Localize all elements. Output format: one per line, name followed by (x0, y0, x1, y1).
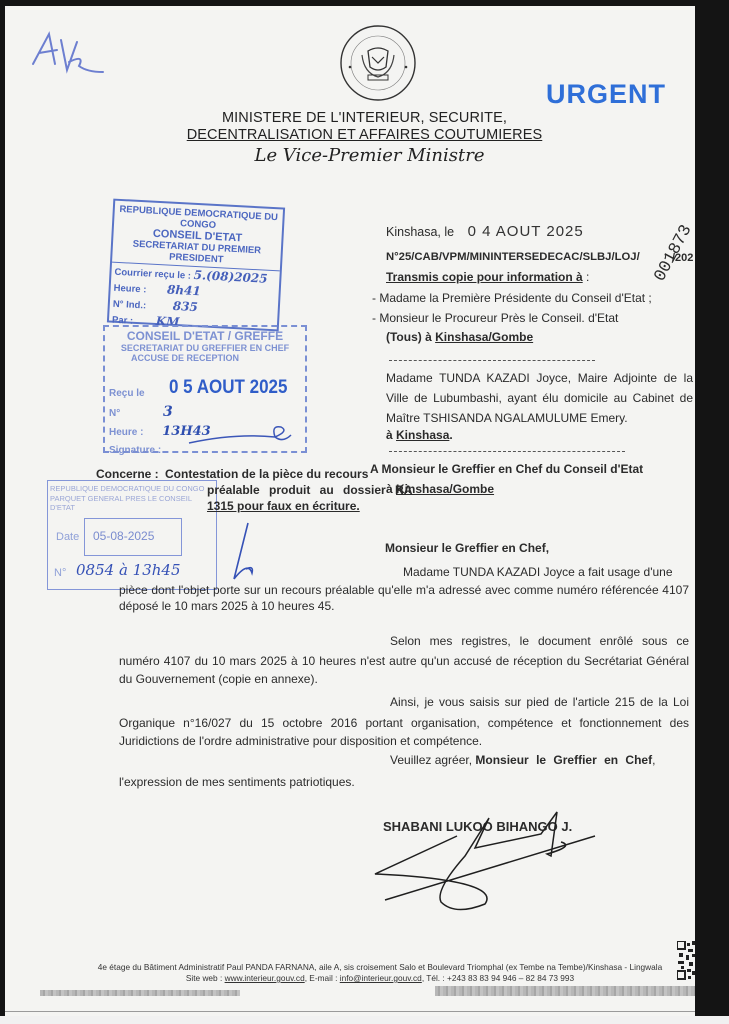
website-link[interactable]: www.interieur.gouv.cd (225, 973, 305, 983)
qr-code-icon (677, 941, 695, 981)
stamp-greffe-reception: CONSEIL D'ETAT / GREFFE SECRETARIAT DU G… (103, 325, 307, 453)
signature-icon (365, 806, 625, 916)
copy-location: (Tous) à Kinshasa/Gombe (386, 330, 533, 344)
copy-recipient: - Madame la Première Présidente du Conse… (372, 288, 652, 308)
coat-of-arms-icon (338, 23, 418, 103)
copy-heading: Transmis copie pour information à : (386, 270, 589, 284)
separator-2 (389, 451, 625, 452)
paragraph-1: Madame TUNDA KAZADI Joyce a fait usage d… (119, 562, 689, 614)
handwritten-initials-icon (27, 20, 117, 90)
footer-bar-right (435, 986, 695, 996)
copy-recipient: - Monsieur le Procureur Près le Conseil.… (372, 308, 652, 328)
reference-suffix: /202 (672, 252, 693, 264)
ministry-name-line2: DECENTRALISATION ET AFFAIRES COUTUMIERES (5, 127, 695, 143)
salutation: Monsieur le Greffier en Chef, (385, 541, 549, 555)
document-page: URGENT MINISTERE DE L'INTERIEUR, SECURIT… (5, 6, 695, 1016)
closing: Veuillez agréer, Monsieur le Greffier en… (119, 750, 689, 790)
greffe-signature-icon (185, 423, 295, 449)
paragraph-2: Selon mes registres, le document enrôlé … (119, 630, 689, 688)
date-stamp: 0 4 AOUT 2025 (468, 223, 584, 240)
footer-bar-left (40, 990, 240, 996)
party-location: à Kinshasa. (386, 428, 453, 442)
separator-1 (389, 360, 595, 361)
footer-address: 4e étage du Bâtiment Administratif Paul … (95, 962, 665, 972)
subject: Concerne : (96, 466, 159, 482)
parquet-date: 05-08-2025 (93, 529, 181, 543)
footer-contact: Site web : www.interieur.gouv.cd, E-mail… (95, 973, 665, 983)
subject-label: Concerne : (96, 467, 159, 481)
page-edge-line (5, 1011, 695, 1012)
greffe-number: 3 (163, 404, 173, 420)
place-date: Kinshasa, le 0 4 AOUT 2025 (386, 224, 584, 240)
index-number: 835 (172, 299, 198, 314)
received-time: 8h41 (167, 283, 201, 299)
government-emblem (338, 23, 418, 108)
copy-recipients: - Madame la Première Présidente du Conse… (372, 288, 652, 328)
urgent-stamp: URGENT (546, 79, 666, 110)
reference-line: N°25/CAB/VPM/MININTERSEDECAC/SLBJ/LOJ/ (386, 251, 640, 263)
party-description: Madame TUNDA KAZADI Joyce, Maire Adjoint… (386, 368, 693, 428)
handwritten-initials (27, 20, 117, 95)
received-date: 5.(08)2025 (193, 268, 268, 286)
office-title: Le Vice-Premier Ministre (5, 145, 695, 166)
email-link[interactable]: info@interieur.gouv.cd (340, 973, 422, 983)
stamp-secretariat-premier-president: REPUBLIQUE DEMOCRATIQUE DU CONGO CONSEIL… (107, 199, 285, 332)
bottom-strip (0, 1016, 729, 1024)
paragraph-3: Ainsi, je vous saisis sur pied de l'arti… (119, 690, 689, 750)
qr-code (677, 941, 695, 981)
ministry-name-line1: MINISTERE DE L'INTERIEUR, SECURITE, (5, 110, 695, 126)
subject-text: Contestation de la pièce du recours préa… (165, 466, 325, 514)
